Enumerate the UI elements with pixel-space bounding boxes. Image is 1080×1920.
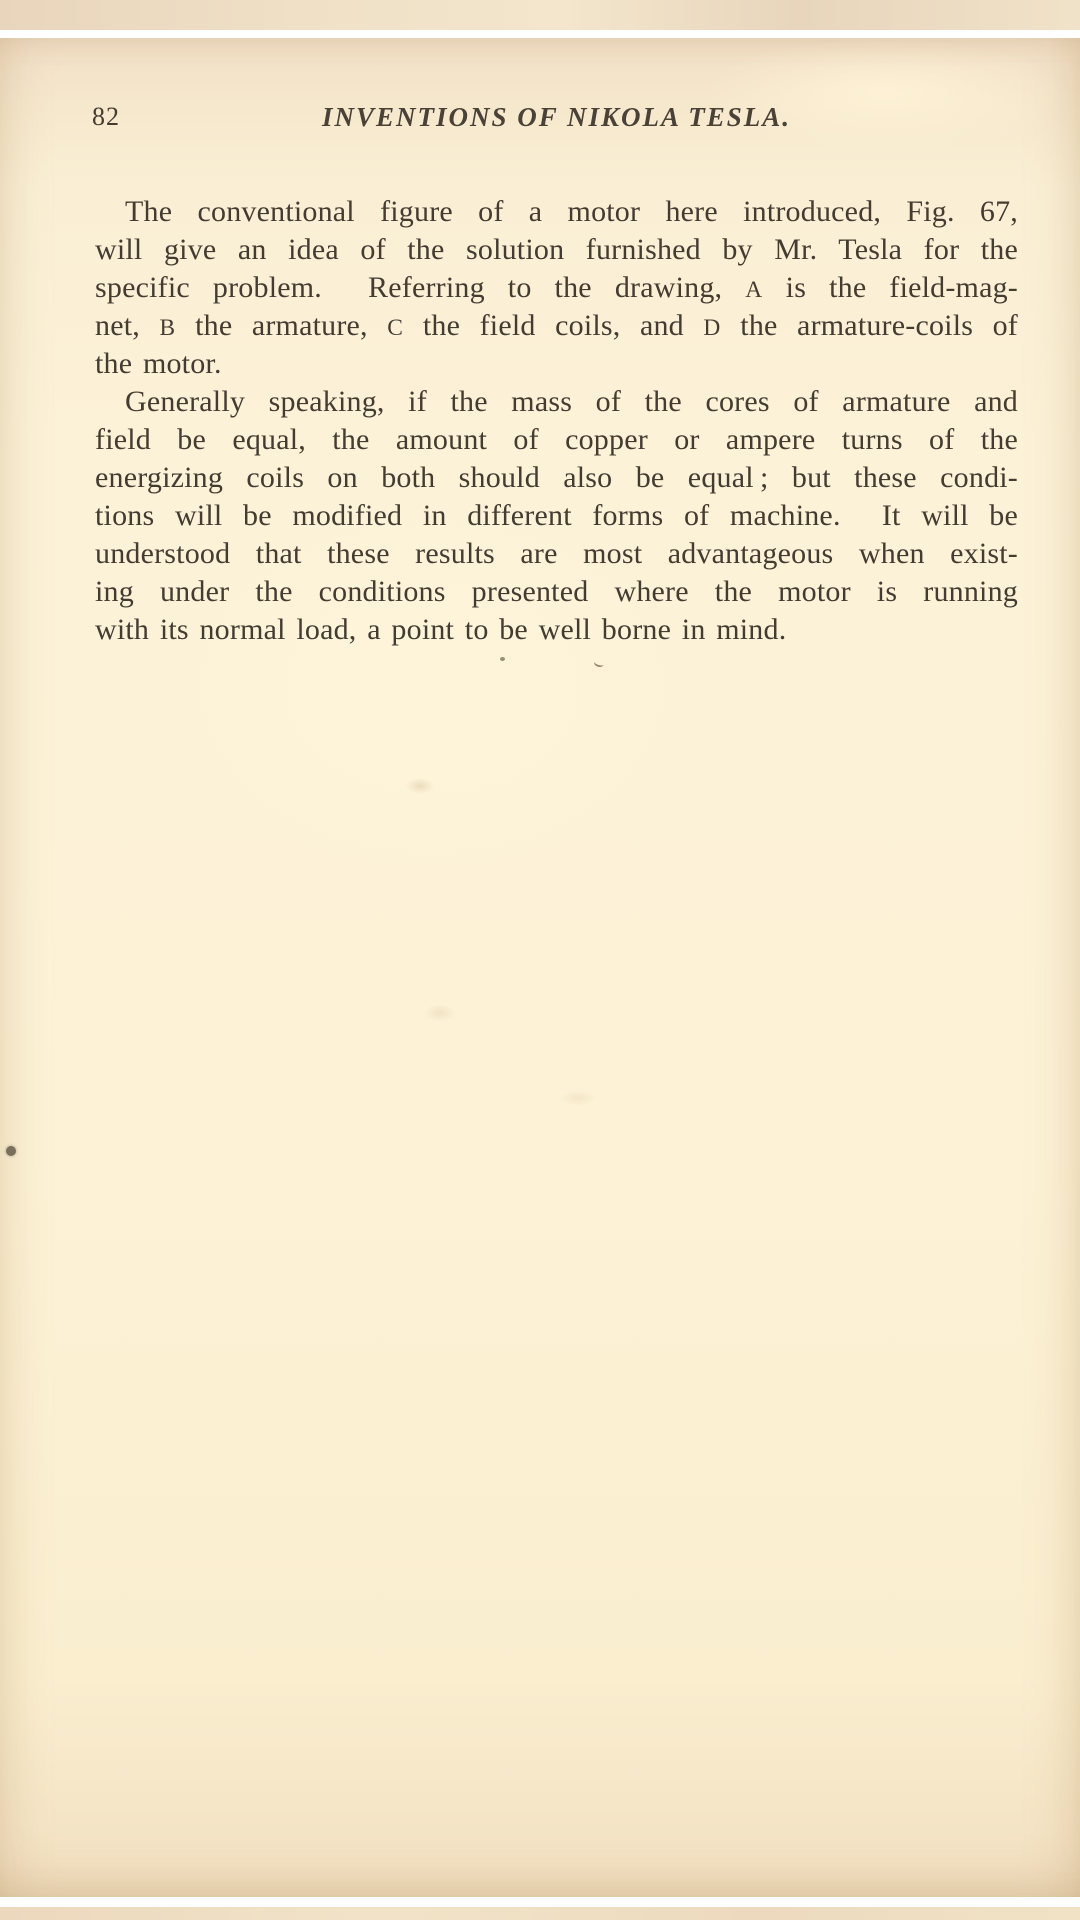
text-segment: specific problem. Referring to the drawi… [95,271,745,304]
text-line: net, B the armature, C the field coils, … [95,307,1018,345]
text-segment: the armature-coils of [721,309,1018,342]
running-header: INVENTIONS OF NIKOLA TESLA. [95,102,1018,132]
text-segment: the armature, [176,309,388,342]
book-page: 82 INVENTIONS OF NIKOLA TESLA. The conve… [0,38,1080,1897]
smallcaps-reference-letter: D [703,315,720,341]
scanned-book-page-view: 82 INVENTIONS OF NIKOLA TESLA. The conve… [0,0,1080,1920]
smallcaps-reference-letter: C [387,315,403,341]
scan-speck [500,657,505,661]
text-line: Generally speaking, if the mass of the c… [95,383,1018,421]
scan-speck [593,658,605,669]
text-segment: will give an idea of the solution furnis… [95,233,1018,266]
text-segment: net, [95,309,159,342]
text-line: energizing coils on both should also be … [95,459,1018,497]
text-segment: Generally speaking, if the mass of the c… [125,385,1018,418]
scan-smudge [560,1090,596,1106]
scan-edge-strip-bottom [0,1907,1080,1920]
text-line: with its normal load, a point to be well… [95,611,1018,649]
text-line: The conventional figure of a motor here … [95,193,1018,231]
text-segment: the field coils, and [403,309,703,342]
text-segment: ing under the conditions presented where… [95,575,1018,608]
text-line: tions will be modified in different form… [95,497,1018,535]
smallcaps-reference-letter: B [159,315,175,341]
scan-smudge [424,1004,456,1022]
text-segment: energizing coils on both should also be … [95,461,1018,494]
smallcaps-reference-letter: A [745,277,762,303]
paragraph: The conventional figure of a motor here … [95,193,1018,383]
scan-smudge [406,778,434,794]
scan-edge-strip-top [0,0,1080,30]
text-line: understood that these results are most a… [95,535,1018,573]
scan-speck [6,1146,16,1156]
text-segment: understood that these results are most a… [95,537,1018,570]
text-line: field be equal, the amount of copper or … [95,421,1018,459]
text-segment: The conventional figure of a motor here … [125,195,1018,228]
text-segment: field be equal, the amount of copper or … [95,423,1018,456]
text-line: will give an idea of the solution furnis… [95,231,1018,269]
text-line: the motor. [95,345,1018,383]
text-line: specific problem. Referring to the drawi… [95,269,1018,307]
text-segment: is the field-mag- [763,271,1018,304]
text-segment: tions will be modified in different form… [95,499,1018,532]
body-text-block: The conventional figure of a motor here … [95,193,1018,649]
text-line: ing under the conditions presented where… [95,573,1018,611]
paragraph: Generally speaking, if the mass of the c… [95,383,1018,649]
text-segment: with its normal load, a point to be well… [95,613,786,646]
text-segment: the motor. [95,347,222,380]
